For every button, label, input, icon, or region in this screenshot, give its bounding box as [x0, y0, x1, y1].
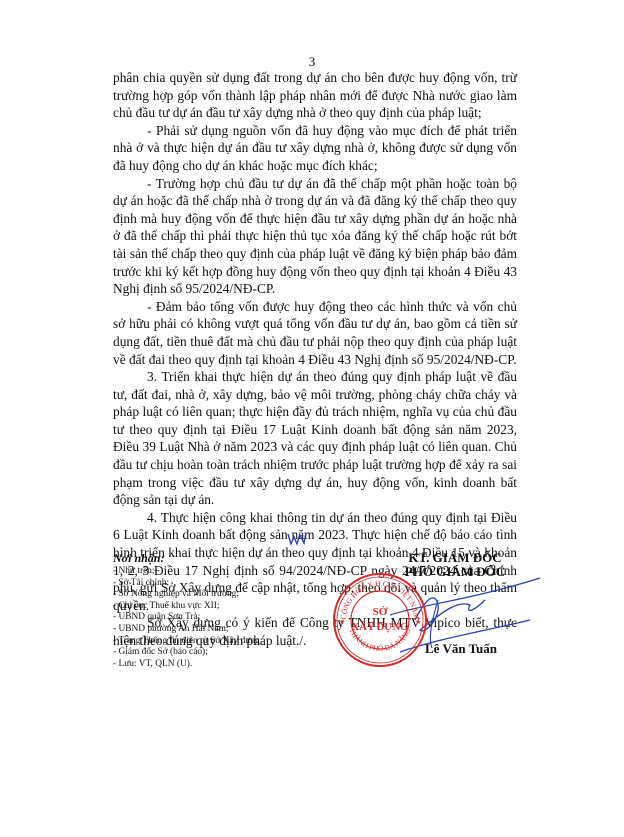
recipient-item: - Sở Tài chính;: [113, 578, 333, 590]
recipient-item: - Trang Thông tin điện tử Sở Xây dựng;: [113, 636, 333, 648]
page-number: 3: [0, 54, 624, 70]
paragraph: phân chia quyền sử dụng đất trong dự án …: [113, 69, 517, 122]
initials-mark: [287, 531, 307, 547]
svg-text:SỞ: SỞ: [373, 606, 388, 618]
recipients-title: Nơi nhận:: [113, 551, 333, 565]
recipients-list: Nơi nhận: - Như trên;- Sở Tài chính;- Sở…: [113, 551, 333, 670]
recipient-item: - UBND quận Sơn Trà;: [113, 612, 333, 624]
svg-text:★: ★: [339, 618, 345, 626]
svg-text:XÂY DỰNG: XÂY DỰNG: [352, 621, 409, 633]
recipient-item: - Lưu: VT, QLN (U).: [113, 659, 333, 671]
recipient-item: - Như trên;: [113, 566, 333, 578]
paragraph: - Đảm bảo tổng vốn được huy động theo cá…: [113, 298, 517, 368]
recipient-item: - Giám đốc Sở (báo cáo);: [113, 647, 333, 659]
paragraph: - Phải sử dụng nguồn vốn đã huy động vào…: [113, 122, 517, 175]
signer-name: Lê Văn Tuấn: [391, 641, 531, 657]
svg-text:★: ★: [415, 618, 421, 626]
paragraph: - Trường hợp chủ đầu tư dự án đã thế chấ…: [113, 175, 517, 298]
recipient-item: - Chi cục Thuế khu vực XII;: [113, 601, 333, 613]
paragraph: 3. Triển khai thực hiện dự án theo đúng …: [113, 368, 517, 509]
recipient-item: - Sở Nông nghiệp và Môi trường;: [113, 589, 333, 601]
recipient-item: - UBND phường An Hải Nam;: [113, 624, 333, 636]
